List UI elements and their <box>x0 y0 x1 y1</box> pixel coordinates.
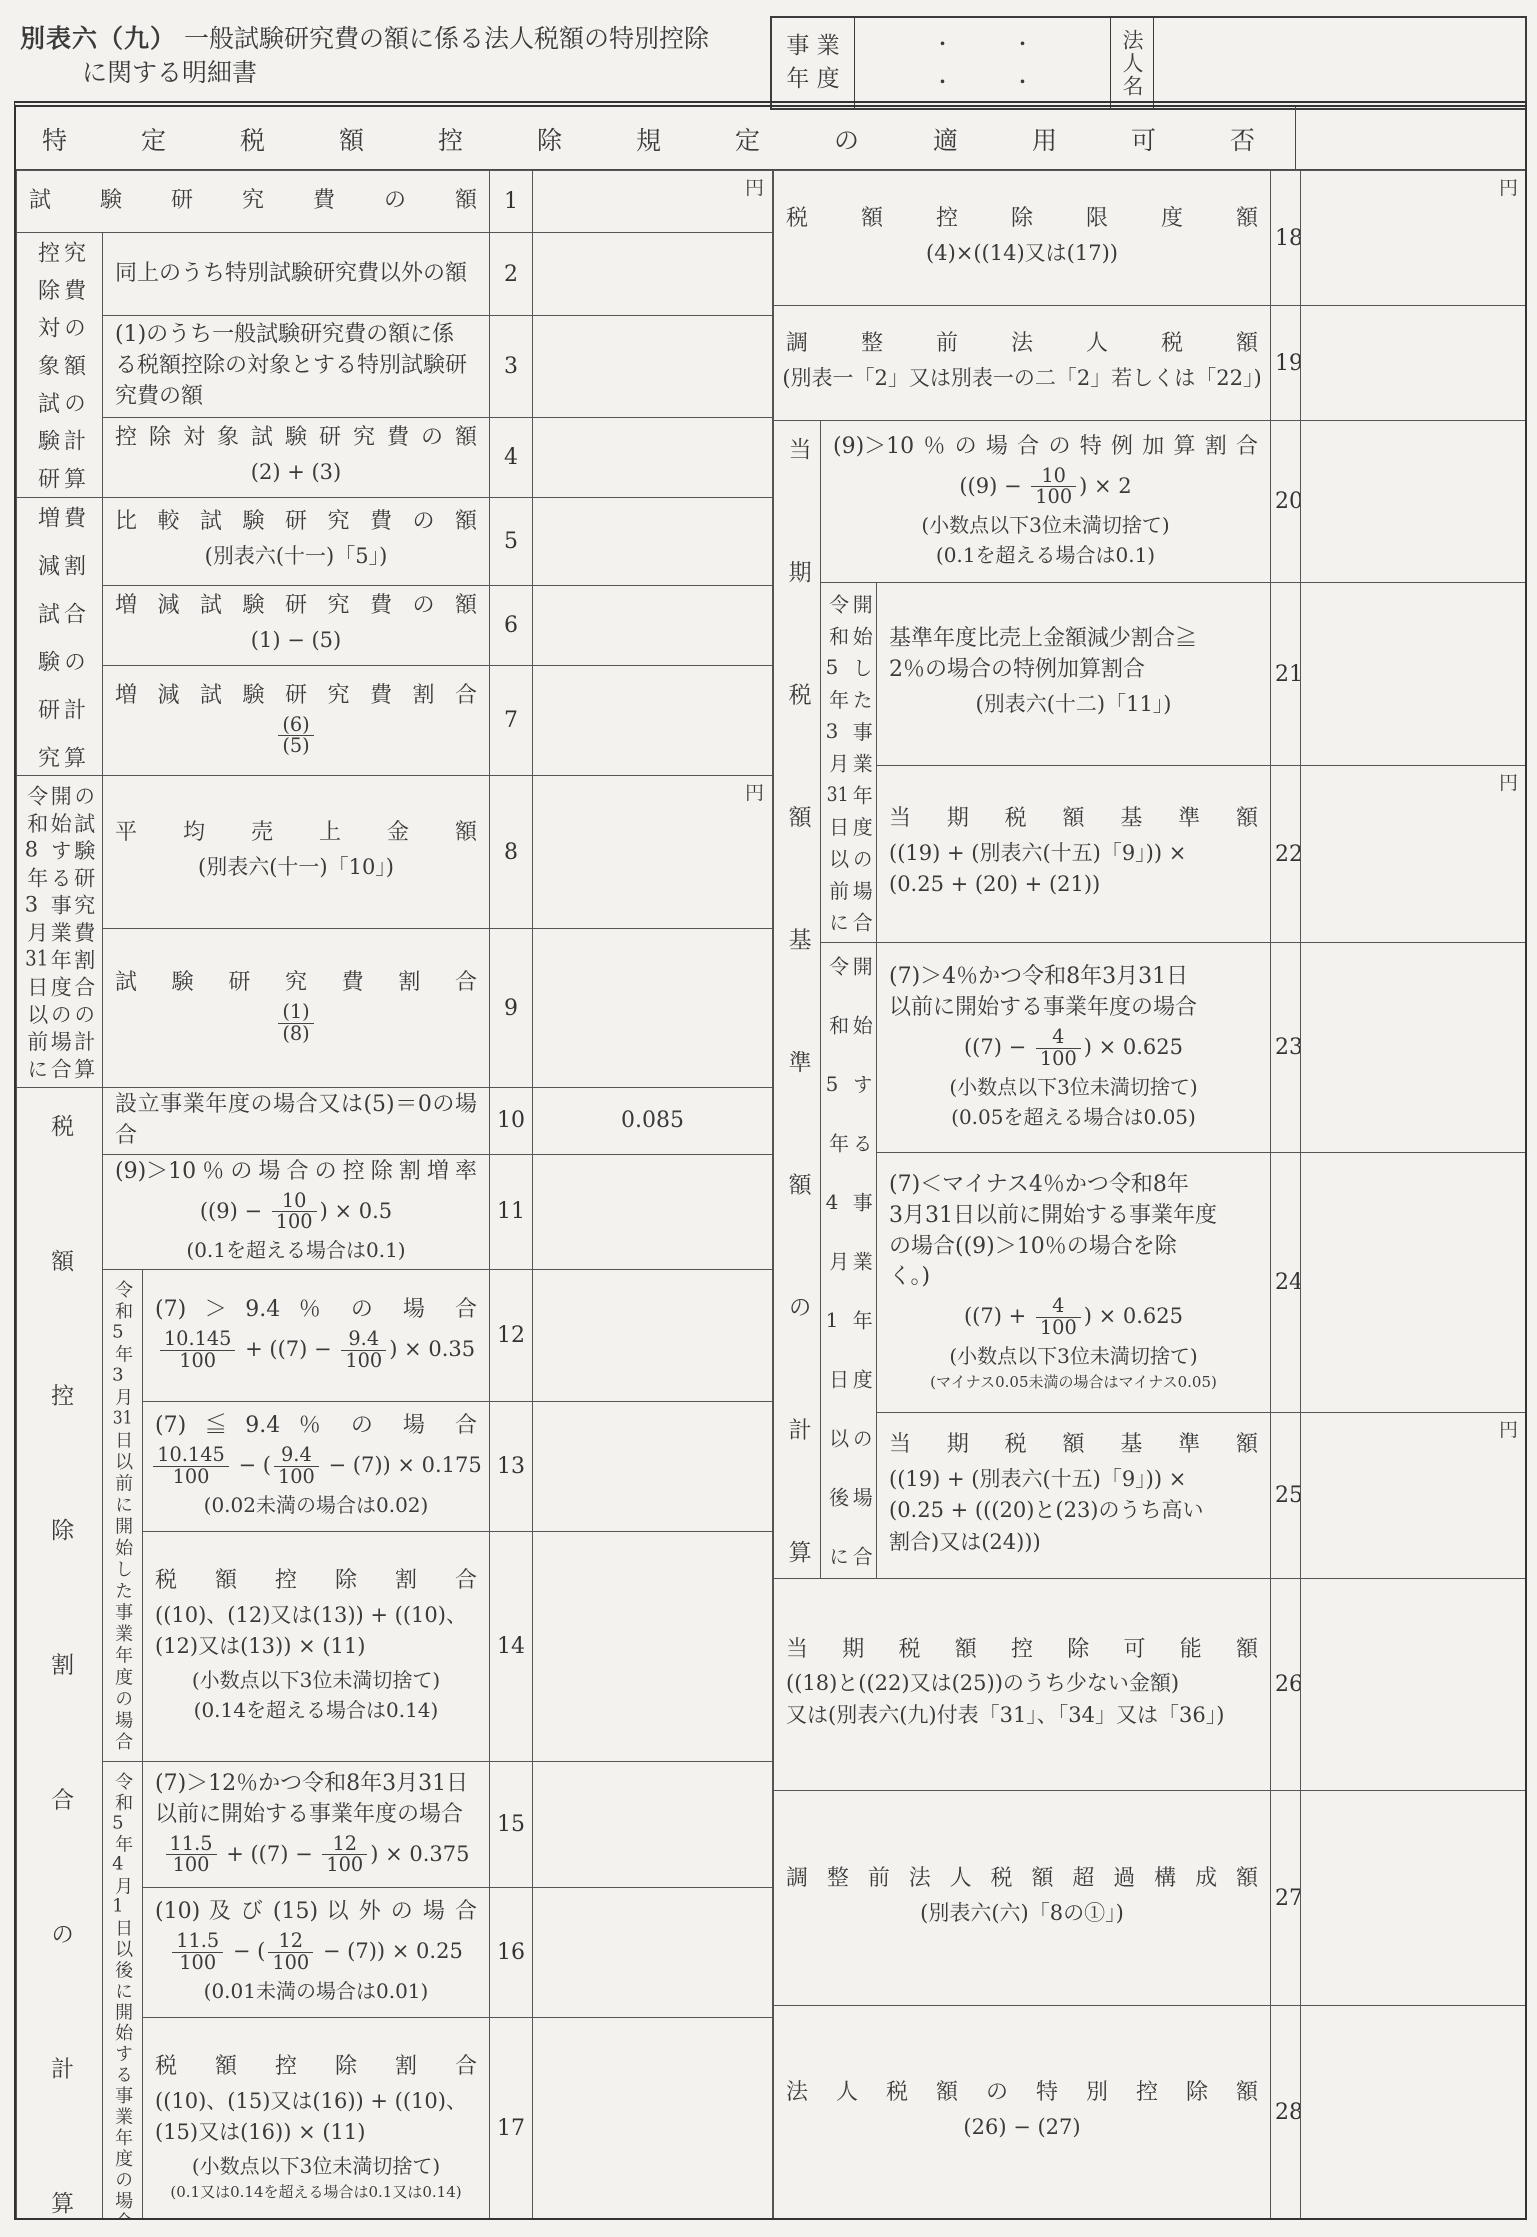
table-row: 令和8年3月31日以前に開始する事業年度の場合の試験研究費割合の計算 平均売上金… <box>17 776 773 929</box>
table-halves: 試験研究費の額 1 円 控除対象試験研究費の額の計算 同上のうち特別試験研究費以… <box>16 170 1525 2218</box>
corp-name-field[interactable] <box>1154 18 1525 108</box>
table-row: 税額控除限度額(4)×((14)又は(17)) 18 円 <box>774 171 1526 306</box>
row-label: 試験研究費割合(1)(8) <box>103 929 490 1088</box>
row-number: 3 <box>490 316 533 418</box>
row-value[interactable]: 0.085 <box>533 1088 773 1155</box>
row-label: 当期税額控除可能額((18)と((22)又は(25))のうち少ない金額)又は(別… <box>774 1579 1271 1791</box>
banner-label: 特定税額控除規定の適用可否 <box>16 107 1295 169</box>
row-value[interactable] <box>533 586 773 666</box>
table-row: 控除対象試験研究費の額(2) + (3) 4 <box>17 418 773 498</box>
row-value[interactable] <box>1301 1791 1526 2006</box>
left-table: 試験研究費の額 1 円 控除対象試験研究費の額の計算 同上のうち特別試験研究費以… <box>16 170 773 2218</box>
row-label: 平均売上金額(別表六(十一)「10」) <box>103 776 490 929</box>
row-number: 15 <box>490 1761 533 1887</box>
table-row: 当期税額控除可能額((18)と((22)又は(25))のうち少ない金額)又は(別… <box>774 1579 1526 1791</box>
row-value[interactable] <box>533 418 773 498</box>
group-label-r8-kenkyuhi-wariai: 令和8年3月31日以前に開始する事業年度の場合の試験研究費割合の計算 <box>17 776 103 1088</box>
yen-unit: 円 <box>1499 173 1518 200</box>
yen-unit: 円 <box>1499 1415 1518 1442</box>
group-label-zogen: 増減試験研究費割合の計算 <box>17 498 103 776</box>
row-label: (7)＞4％かつ令和8年3月31日 以前に開始する事業年度の場合((7) − 4… <box>877 943 1271 1153</box>
banner-row: 特定税額控除規定の適用可否 <box>16 107 1525 170</box>
row-value[interactable] <box>533 233 773 316</box>
row-number: 14 <box>490 1531 533 1761</box>
row-value[interactable] <box>533 1401 773 1531</box>
table-row: 試験研究費の額 1 円 <box>17 171 773 233</box>
row-value[interactable] <box>1301 306 1526 421</box>
row-number: 10 <box>490 1088 533 1155</box>
table-row: 法人税額の特別控除額(26) − (27) 28 <box>774 2006 1526 2219</box>
table-row: 当期税額基準額((19) + (別表六(十五)「9」)) ×(0.25 + (2… <box>774 766 1526 943</box>
form-title: 別表六（九） 一般試験研究費の額に係る法人税額の特別控除 に関する明細書 <box>20 22 709 90</box>
row-number: 9 <box>490 929 533 1088</box>
row-number: 13 <box>490 1401 533 1531</box>
table-row: 当期税額基準額((19) + (別表六(十五)「9」)) ×(0.25 + ((… <box>774 1413 1526 1579</box>
form-table: 特定税額控除規定の適用可否 試験研究費の額 1 円 控除対象試験研究費の額の計算… <box>14 101 1527 2220</box>
row-number: 18 <box>1271 171 1301 306</box>
row-label: 増減試験研究費の額(1) − (5) <box>103 586 490 666</box>
row-number: 7 <box>490 666 533 776</box>
group-label-toki-zeigaku-kijun: 当期税額基準額の計算 <box>774 421 821 1579</box>
yen-unit: 円 <box>745 778 764 805</box>
row-label: 法人税額の特別控除額(26) − (27) <box>774 2006 1271 2219</box>
table-row: 税額控除割合の計算 設立事業年度の場合又は(5)＝0の場合 10 0.085 <box>17 1088 773 1155</box>
row-number: 5 <box>490 498 533 586</box>
form-number: 別表六（九） <box>20 24 176 53</box>
row-value[interactable] <box>533 498 773 586</box>
row-number: 11 <box>490 1154 533 1269</box>
row-number: 28 <box>1271 2006 1301 2219</box>
row-number: 27 <box>1271 1791 1301 2006</box>
row-label: 当期税額基準額((19) + (別表六(十五)「9」)) ×(0.25 + ((… <box>877 1413 1271 1579</box>
table-row: 控除対象試験研究費の額の計算 同上のうち特別試験研究費以外の額 2 <box>17 233 773 316</box>
table-row: 調整前法人税額超過構成額(別表六(六)「8の①」) 27 <box>774 1791 1526 2006</box>
table-row: 増減試験研究費の額(1) − (5) 6 <box>17 586 773 666</box>
row-number: 1 <box>490 171 533 233</box>
table-row: 令和5年3月31日以前に開始した事業年度の場合 基準年度比売上金額減少割合≧ 2… <box>774 583 1526 766</box>
corp-name-label: 法人名 <box>1111 18 1154 108</box>
row-value[interactable] <box>533 929 773 1088</box>
business-year-field[interactable]: ・ ・ ・ ・ <box>855 18 1111 108</box>
row-value[interactable] <box>533 1761 773 1887</box>
subgroup-label-r5-igo-kaishi: 令和5年4月1日以後に開始する事業年度の場合 <box>821 943 877 1579</box>
table-row: (9)＞10％の場合の控除割増率((9) − 10100) × 0.5(0.1を… <box>17 1154 773 1269</box>
table-row: 増減試験研究費割合の計算 比較試験研究費の額(別表六(十一)「5」) 5 <box>17 498 773 586</box>
row-value[interactable]: 円 <box>1301 766 1526 943</box>
row-label: (7) ≦ 9.4 ％ の 場 合10.145100 − (9.4100 − (… <box>143 1401 490 1531</box>
row-value[interactable] <box>1301 421 1526 583</box>
row-number: 26 <box>1271 1579 1301 1791</box>
header-box: 事 業 年 度 ・ ・ ・ ・ 法人名 <box>770 16 1527 110</box>
row-number: 17 <box>490 2017 533 2218</box>
row-value[interactable] <box>1301 2006 1526 2219</box>
row-label: (1)のうち一般試験研究費の額に係 る税額控除の対象とする特別試験研 究費の額 <box>103 316 490 418</box>
row-value[interactable]: 円 <box>533 171 773 233</box>
row-label: (7)＞12％かつ令和8年3月31日 以前に開始する事業年度の場合11.5100… <box>143 1761 490 1887</box>
row-number: 20 <box>1271 421 1301 583</box>
group-label-zeigaku-kojo-wariai: 税額控除割合の計算 <box>17 1088 103 2219</box>
row-value[interactable] <box>533 1531 773 1761</box>
row-value[interactable]: 円 <box>1301 1413 1526 1579</box>
row-label: (7) ＞ 9.4 ％ の 場 合10.145100 + ((7) − 9.41… <box>143 1269 490 1401</box>
row-number: 2 <box>490 233 533 316</box>
subgroup-label-r5-igo: 令和5年4月1日以後に開始する事業年度の場合 <box>103 1761 143 2218</box>
row-value[interactable] <box>1301 943 1526 1153</box>
group-label-kojo-taisho: 控除対象試験研究費の額の計算 <box>17 233 103 498</box>
row-number: 4 <box>490 418 533 498</box>
row-value[interactable] <box>533 316 773 418</box>
row-number: 19 <box>1271 306 1301 421</box>
row-label: 税額控除限度額(4)×((14)又は(17)) <box>774 171 1271 306</box>
subgroup-label-r5-izen-kaishi: 令和5年3月31日以前に開始した事業年度の場合 <box>821 583 877 943</box>
row-number: 22 <box>1271 766 1301 943</box>
row-label: 税額控除割合((10)、(15)又は(16)) + ((10)、(15)又は(1… <box>143 2017 490 2218</box>
row-label: (7)＜マイナス4％かつ令和8年 3月31日以前に開始する事業年度 の場合((9… <box>877 1153 1271 1413</box>
row-label: 試験研究費の額 <box>17 171 490 233</box>
table-row: 増減試験研究費割合(6)(5) 7 <box>17 666 773 776</box>
tax-form-page: 別表六（九） 一般試験研究費の額に係る法人税額の特別控除 に関する明細書 事 業… <box>0 0 1537 2237</box>
row-value[interactable] <box>1301 583 1526 766</box>
table-row: (1)のうち一般試験研究費の額に係 る税額控除の対象とする特別試験研 究費の額 … <box>17 316 773 418</box>
row-number: 25 <box>1271 1413 1301 1579</box>
row-label: (9)＞10％の場合の特例加算割合((9) − 10100) × 2(小数点以下… <box>821 421 1271 583</box>
row-label: 同上のうち特別試験研究費以外の額 <box>103 233 490 316</box>
row-number: 6 <box>490 586 533 666</box>
form-title-line2: に関する明細書 <box>82 56 709 90</box>
subgroup-label-r5-izen: 令和5年3月31日以前に開始した事業年度の場合 <box>103 1269 143 1761</box>
row-value[interactable]: 円 <box>533 776 773 929</box>
row-label: 設立事業年度の場合又は(5)＝0の場合 <box>103 1088 490 1155</box>
row-label: 当期税額基準額((19) + (別表六(十五)「9」)) ×(0.25 + (2… <box>877 766 1271 943</box>
banner-answer-cell[interactable] <box>1295 107 1525 169</box>
table-row: 調整前法人税額(別表一「2」又は別表一の二「2」若しくは「22」) 19 <box>774 306 1526 421</box>
row-label: 調整前法人税額(別表一「2」又は別表一の二「2」若しくは「22」) <box>774 306 1271 421</box>
row-value[interactable] <box>1301 1153 1526 1413</box>
row-value[interactable] <box>533 1887 773 2017</box>
row-value[interactable] <box>533 666 773 776</box>
table-row: 令和5年4月1日以後に開始する事業年度の場合 (7)＞4％かつ令和8年3月31日… <box>774 943 1526 1153</box>
row-label: 比較試験研究費の額(別表六(十一)「5」) <box>103 498 490 586</box>
row-label: 基準年度比売上金額減少割合≧ 2％の場合の特例加算割合(別表六(十二)「11」) <box>877 583 1271 766</box>
row-label: (9)＞10％の場合の控除割増率((9) − 10100) × 0.5(0.1を… <box>103 1154 490 1269</box>
row-number: 23 <box>1271 943 1301 1153</box>
row-value[interactable] <box>1301 1579 1526 1791</box>
row-label: (10) 及 び (15) 以 外 の 場 合11.5100 − (12100 … <box>143 1887 490 2017</box>
table-row: (7)＜マイナス4％かつ令和8年 3月31日以前に開始する事業年度 の場合((9… <box>774 1153 1526 1413</box>
row-value[interactable] <box>533 1269 773 1401</box>
row-label: 控除対象試験研究費の額(2) + (3) <box>103 418 490 498</box>
row-value[interactable]: 円 <box>1301 171 1526 306</box>
table-row: 令和5年3月31日以前に開始した事業年度の場合 (7) ＞ 9.4 ％ の 場 … <box>17 1269 773 1401</box>
row-number: 16 <box>490 1887 533 2017</box>
table-row: 試験研究費割合(1)(8) 9 <box>17 929 773 1088</box>
row-value[interactable] <box>533 1154 773 1269</box>
row-number: 24 <box>1271 1153 1301 1413</box>
table-row: 当期税額基準額の計算 (9)＞10％の場合の特例加算割合((9) − 10100… <box>774 421 1526 583</box>
yen-unit: 円 <box>745 173 764 200</box>
row-label: 調整前法人税額超過構成額(別表六(六)「8の①」) <box>774 1791 1271 2006</box>
row-number: 21 <box>1271 583 1301 766</box>
table-row: 令和5年4月1日以後に開始する事業年度の場合 (7)＞12％かつ令和8年3月31… <box>17 1761 773 1887</box>
row-label: 税額控除割合((10)、(12)又は(13)) + ((10)、(12)又は(1… <box>143 1531 490 1761</box>
yen-unit: 円 <box>1499 768 1518 795</box>
right-table: 税額控除限度額(4)×((14)又は(17)) 18 円 調整前法人税額(別表一… <box>773 170 1525 2218</box>
row-label: 増減試験研究費割合(6)(5) <box>103 666 490 776</box>
row-value[interactable] <box>533 2017 773 2218</box>
row-number: 8 <box>490 776 533 929</box>
form-title-line1: 一般試験研究費の額に係る法人税額の特別控除 <box>184 24 709 53</box>
row-number: 12 <box>490 1269 533 1401</box>
business-year-label: 事 業 年 度 <box>772 18 855 108</box>
